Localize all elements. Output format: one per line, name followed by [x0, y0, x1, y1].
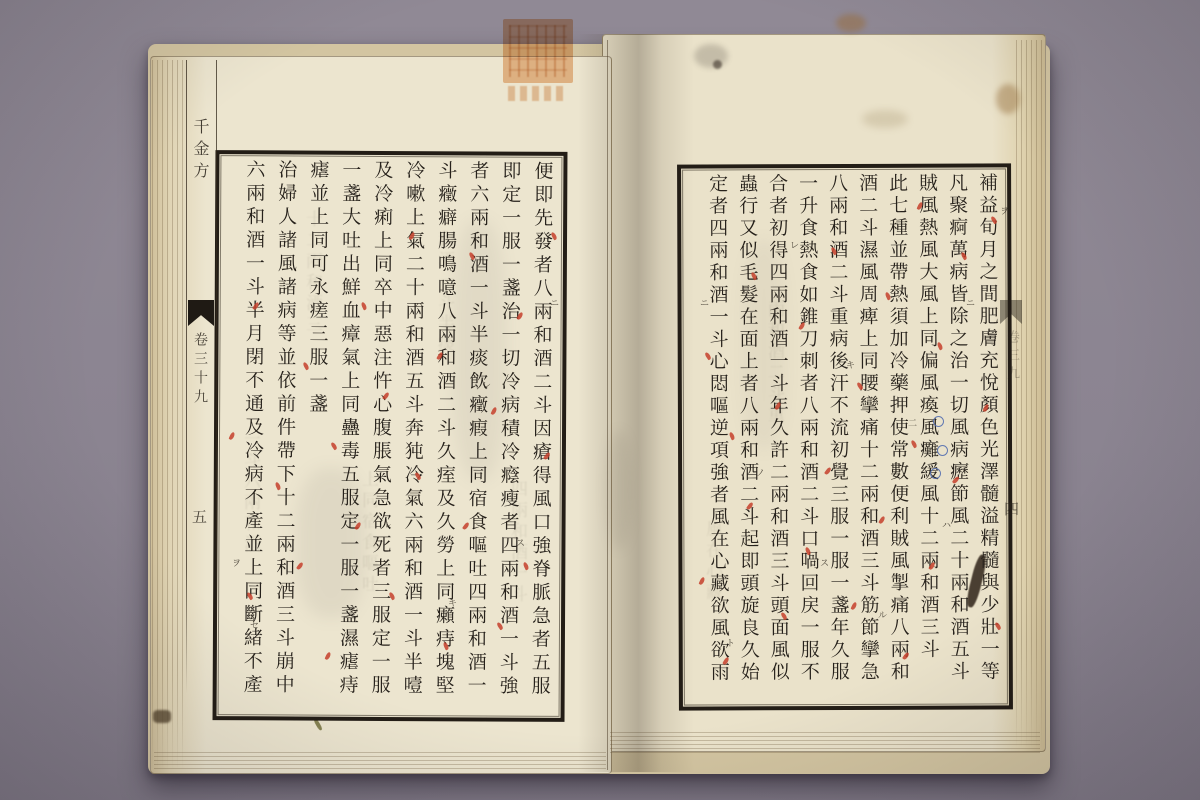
- blue-circle-mark: [933, 416, 944, 427]
- kana-reading-mark: レ: [790, 242, 799, 251]
- seal-stamp: [503, 19, 573, 83]
- red-kunten-mark: [543, 452, 551, 461]
- kana-reading-mark: ト: [726, 640, 735, 649]
- red-kunten-mark: [408, 232, 415, 241]
- kana-reading-mark: レ: [482, 382, 491, 391]
- red-kunten-mark: [884, 292, 891, 301]
- red-kunten-mark: [878, 516, 885, 525]
- red-kunten-mark: [274, 482, 281, 491]
- blue-circle-mark: [937, 445, 948, 456]
- red-kunten-mark: [990, 216, 998, 225]
- red-kunten-mark: [746, 502, 754, 511]
- red-kunten-mark: [994, 622, 1002, 631]
- red-kunten-mark: [902, 652, 910, 661]
- kana-reading-mark: ノ: [756, 470, 765, 479]
- red-kunten-mark: [936, 342, 943, 351]
- red-kunten-mark: [824, 467, 832, 476]
- red-kunten-mark: [442, 642, 449, 651]
- red-kunten-mark: [388, 592, 395, 601]
- red-kunten-mark: [228, 432, 235, 441]
- red-kunten-mark: [982, 404, 989, 413]
- kana-reading-mark: ス: [820, 560, 829, 569]
- seal-stamp-lower: [508, 86, 568, 101]
- red-kunten-mark: [550, 232, 557, 241]
- kana-reading-mark: ヲ: [232, 560, 241, 569]
- red-kunten-mark: [960, 252, 967, 261]
- red-kunten-mark: [252, 302, 259, 311]
- kana-reading-mark: ヲ: [1000, 208, 1009, 217]
- kana-reading-mark: キ: [448, 600, 457, 609]
- kana-reading-mark: ル: [382, 522, 391, 531]
- red-kunten-mark: [468, 252, 475, 261]
- red-kunten-mark: [490, 407, 497, 416]
- red-kunten-mark: [414, 472, 422, 481]
- red-kunten-mark: [928, 562, 935, 571]
- red-kunten-mark: [462, 522, 470, 531]
- kana-reading-mark: セ: [250, 622, 259, 631]
- red-kunten-mark: [704, 352, 712, 361]
- kana-reading-mark: ハ: [942, 522, 951, 531]
- red-kunten-mark: [436, 352, 443, 361]
- red-kunten-mark: [850, 602, 857, 611]
- book-scan-photo: 一斗六兩和酒十二兩和酒三上同宿食嘔吐和酒一斗半痰四兩和酒一斗兩和酒二斗重風在心藏…: [0, 0, 1200, 800]
- kana-reading-mark: キ: [846, 362, 855, 371]
- kana-reading-mark: ニ: [550, 300, 559, 309]
- red-kunten-mark: [296, 562, 304, 571]
- red-kunten-mark: [916, 202, 923, 211]
- red-kunten-mark: [728, 432, 735, 441]
- red-kunten-mark: [496, 622, 504, 631]
- red-kunten-mark: [910, 440, 917, 449]
- red-kunten-mark: [382, 392, 390, 401]
- kana-reading-mark: ニ: [966, 300, 975, 309]
- annotation-layer: ヲニハ二ルキスレノトニニスレキハルヲセヲ: [0, 0, 1200, 800]
- red-kunten-mark: [246, 592, 254, 601]
- red-kunten-mark: [804, 547, 811, 556]
- red-kunten-mark: [360, 302, 367, 311]
- blue-circle-mark: [930, 468, 941, 479]
- red-kunten-mark: [750, 272, 757, 281]
- kana-reading-mark: ル: [878, 612, 887, 621]
- red-kunten-mark: [516, 312, 523, 321]
- red-kunten-mark: [522, 562, 529, 571]
- kana-reading-mark: ヲ: [348, 422, 357, 431]
- red-kunten-mark: [798, 322, 805, 331]
- kana-reading-mark: 二: [908, 420, 917, 429]
- red-kunten-mark: [774, 402, 781, 411]
- red-kunten-mark: [856, 382, 864, 391]
- red-kunten-mark: [722, 657, 729, 666]
- red-kunten-mark: [952, 476, 960, 485]
- red-kunten-mark: [324, 652, 331, 661]
- red-kunten-mark: [698, 577, 705, 586]
- kana-reading-mark: ス: [516, 540, 525, 549]
- red-kunten-mark: [354, 522, 361, 531]
- red-kunten-mark: [830, 247, 837, 256]
- red-kunten-mark: [780, 612, 788, 621]
- red-kunten-mark: [302, 362, 309, 371]
- kana-reading-mark: ハ: [414, 302, 423, 311]
- seal-pattern: [509, 25, 567, 77]
- kana-reading-mark: ニ: [700, 300, 709, 309]
- red-kunten-mark: [330, 442, 338, 451]
